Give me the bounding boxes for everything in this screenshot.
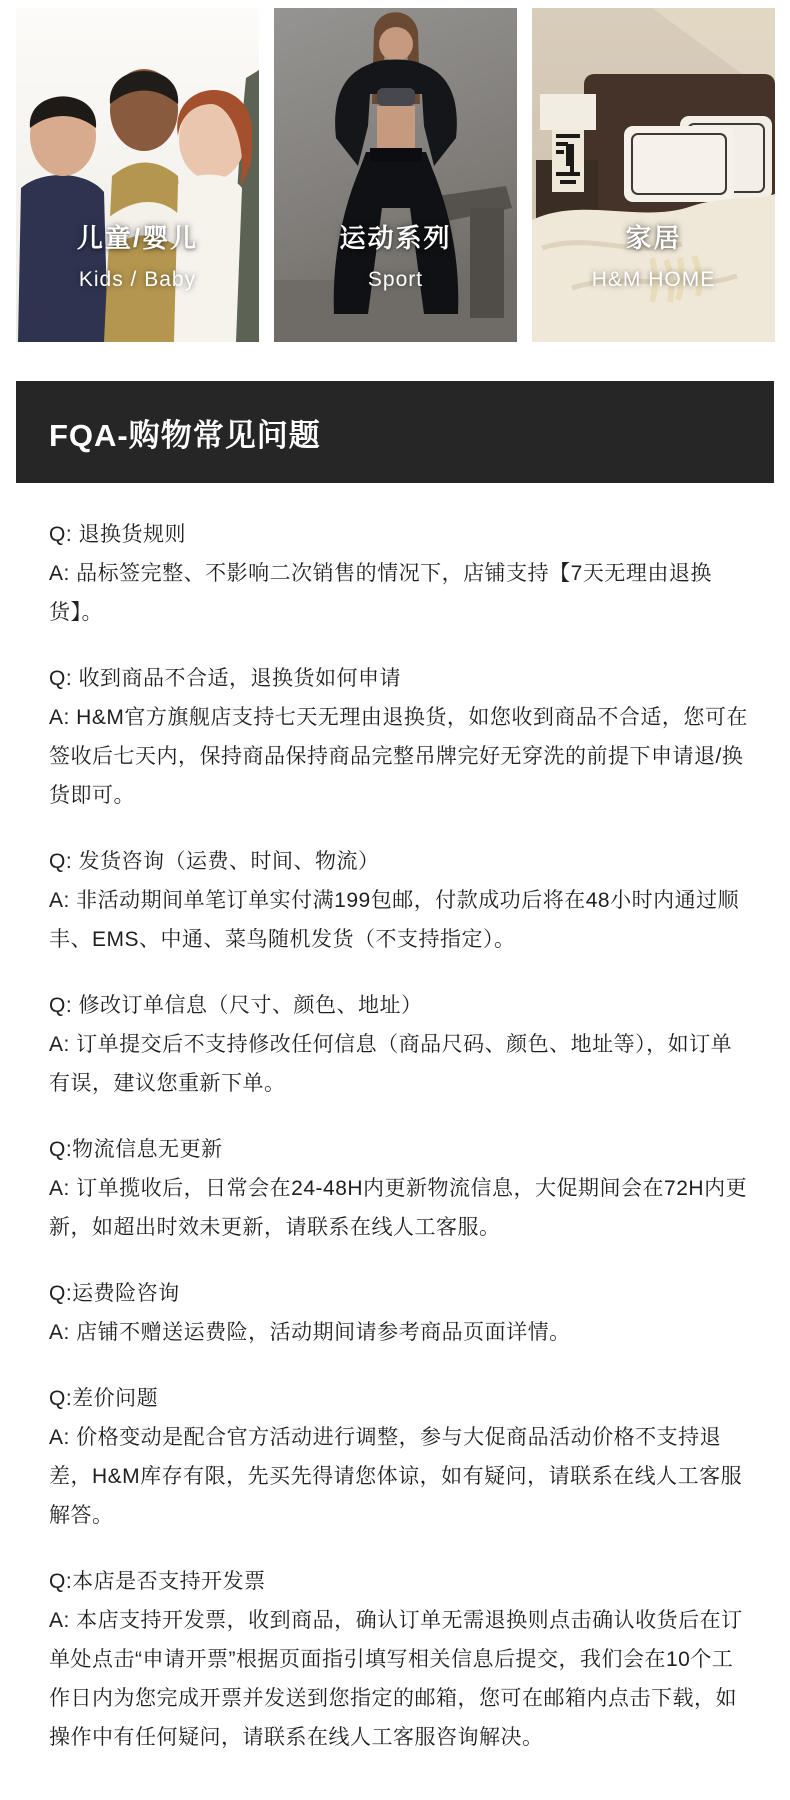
faq-header-bar: FQA-购物常见问题 — [16, 381, 774, 483]
faq-answer: A: 订单提交后不支持修改任何信息（商品尺码、颜色、地址等），如订单有误，建议您… — [49, 1025, 750, 1103]
card-text: 运动系列 Sport — [274, 218, 517, 292]
category-cards: 儿童/婴儿 Kids / Baby — [0, 0, 790, 342]
faq-answer: A: 非活动期间单笔订单实付满199包邮，付款成功后将在48小时内通过顺丰、EM… — [49, 881, 750, 959]
faq-item: Q:差价问题 A: 价格变动是配合官方活动进行调整，参与大促商品活动价格不支持退… — [49, 1379, 750, 1535]
faq-question: Q:物流信息无更新 — [49, 1130, 750, 1169]
faq-header-title: FQA-购物常见问题 — [16, 410, 321, 455]
card-title: 儿童/婴儿 — [16, 218, 259, 255]
card-text: 儿童/婴儿 Kids / Baby — [16, 218, 259, 292]
faq-question: Q:差价问题 — [49, 1379, 750, 1418]
faq-question: Q: 收到商品不合适，退换货如何申请 — [49, 659, 750, 698]
faq-question: Q:运费险咨询 — [49, 1274, 750, 1313]
faq-question: Q: 发货咨询（运费、时间、物流） — [49, 842, 750, 881]
faq-item: Q: 收到商品不合适，退换货如何申请 A: H&M官方旗舰店支持七天无理由退换货… — [49, 659, 750, 815]
faq-question: Q: 退换货规则 — [49, 515, 750, 554]
faq-item: Q:本店是否支持开发票 A: 本店支持开发票，收到商品，确认订单无需退换则点击确… — [49, 1562, 750, 1757]
faq-answer: A: 本店支持开发票，收到商品，确认订单无需退换则点击确认收货后在订单处点击“申… — [49, 1601, 750, 1757]
faq-item: Q: 退换货规则 A: 品标签完整、不影响二次销售的情况下，店铺支持【7天无理由… — [49, 515, 750, 632]
faq-answer: A: 价格变动是配合官方活动进行调整，参与大促商品活动价格不支持退差，H&M库存… — [49, 1418, 750, 1535]
faq-answer: A: 订单揽收后，日常会在24-48H内更新物流信息，大促期间会在72H内更新，… — [49, 1169, 750, 1247]
card-subtitle: Sport — [274, 268, 517, 292]
faq-question: Q:本店是否支持开发票 — [49, 1562, 750, 1601]
card-subtitle: Kids / Baby — [16, 268, 259, 292]
card-subtitle: H&M HOME — [532, 268, 775, 292]
card-text: 家居 H&M HOME — [532, 218, 775, 292]
category-card-sport[interactable]: 运动系列 Sport — [274, 8, 517, 342]
category-card-kids-baby[interactable]: 儿童/婴儿 Kids / Baby — [16, 8, 259, 342]
faq-question: Q: 修改订单信息（尺寸、颜色、地址） — [49, 986, 750, 1025]
card-title: 运动系列 — [274, 218, 517, 255]
faq-answer: A: 品标签完整、不影响二次销售的情况下，店铺支持【7天无理由退换货】。 — [49, 554, 750, 632]
faq-answer: A: H&M官方旗舰店支持七天无理由退换货，如您收到商品不合适，您可在签收后七天… — [49, 698, 750, 815]
faq-list: Q: 退换货规则 A: 品标签完整、不影响二次销售的情况下，店铺支持【7天无理由… — [0, 483, 790, 1757]
faq-item: Q: 发货咨询（运费、时间、物流） A: 非活动期间单笔订单实付满199包邮，付… — [49, 842, 750, 959]
card-title: 家居 — [532, 218, 775, 255]
faq-item: Q: 修改订单信息（尺寸、颜色、地址） A: 订单提交后不支持修改任何信息（商品… — [49, 986, 750, 1103]
faq-item: Q:运费险咨询 A: 店铺不赠送运费险，活动期间请参考商品页面详情。 — [49, 1274, 750, 1352]
faq-answer: A: 店铺不赠送运费险，活动期间请参考商品页面详情。 — [49, 1313, 750, 1352]
faq-item: Q:物流信息无更新 A: 订单揽收后，日常会在24-48H内更新物流信息，大促期… — [49, 1130, 750, 1247]
category-card-home[interactable]: 家居 H&M HOME — [532, 8, 775, 342]
